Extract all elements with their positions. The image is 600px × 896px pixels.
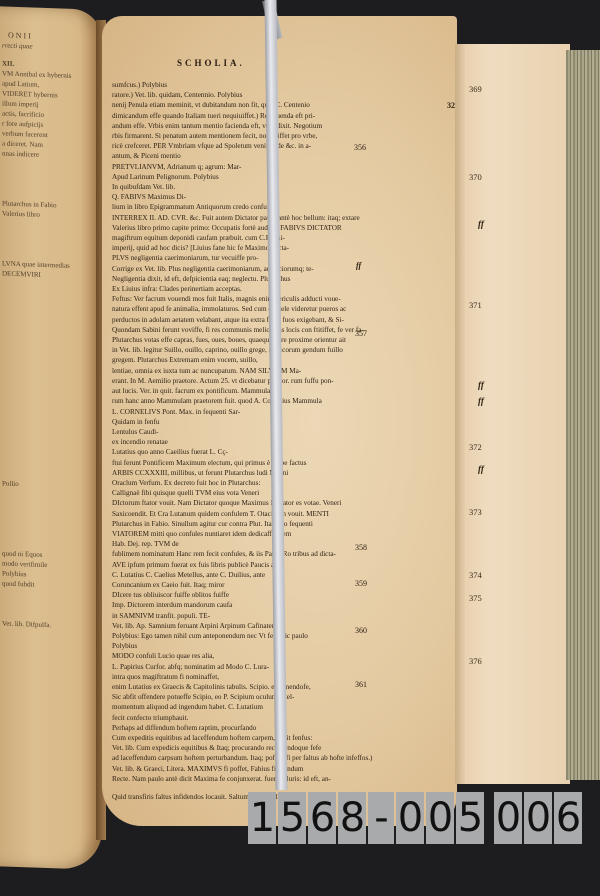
label-char: 0 <box>494 792 522 844</box>
text-line: ftui ferunt Pontificem Maximum electum, … <box>112 458 422 468</box>
text-line: C. Lutatius C. Caelius Metellus, ante C.… <box>112 570 422 580</box>
left-line: Valerius libro <box>2 208 98 221</box>
label-char: 8 <box>338 792 366 844</box>
text-line: DIctorum ftator vouit. Nam Dictator quoq… <box>112 498 422 508</box>
right-page: 369 370 371 372 373 374 375 376 ff ff ff… <box>455 44 570 784</box>
right-margin-number: 371 <box>469 300 482 310</box>
left-line: nnas indicere <box>2 148 98 161</box>
page-number: 32 <box>447 101 455 110</box>
margin-number: 361 <box>355 680 367 689</box>
text-line: Feftus: Ver facrum vouendi mos fuit Ital… <box>112 294 422 304</box>
right-margin-number: 374 <box>469 570 482 580</box>
label-char: - <box>368 792 394 844</box>
right-margin-number: 373 <box>469 507 482 517</box>
text-line: PLVS negligentia caerimoniarum, tur vecu… <box>112 253 422 263</box>
text-line: Polybius <box>112 641 422 651</box>
text-line: AVE ipfum primum fuerat ex fuis libris p… <box>112 560 422 570</box>
text-line: VIATOREM mitti quo confules nuntiaret id… <box>112 529 422 539</box>
text-line: fublimem nominatum Hanc rem fecit conful… <box>112 549 422 559</box>
right-margin-number: 370 <box>469 172 482 182</box>
text-line: Quidam in fenfu <box>112 417 422 427</box>
text-line: intra quos magiftratum fi nominaffet, <box>112 672 422 682</box>
text-line: ARBIS CCXXXIII, millibus, ut ferunt Plut… <box>112 468 422 478</box>
text-line: erant. In M. Aemilio praetore. Actum 25.… <box>112 376 422 386</box>
right-margin-number: 376 <box>469 656 482 666</box>
text-line: Recte. Nam paulo antè dicit Maxima fe co… <box>112 774 422 784</box>
archive-stencil-label: 1 5 6 8 - 0 0 5 0 0 6 <box>248 792 582 844</box>
text-line: Cum expeditis equitibus ad laceffendum h… <box>112 733 422 743</box>
text-line: in SAMNIVM tranfit. populi. TE- <box>112 611 422 621</box>
right-margin-number: 372 <box>469 442 482 452</box>
text-line: Quondam Sabini ferunt voviffe, fi res co… <box>112 325 422 335</box>
text-line: Callignaè fibi quisque quelli TVM eius v… <box>112 488 422 498</box>
right-margin-mark: ff <box>478 219 484 229</box>
label-char: 6 <box>308 792 336 844</box>
right-margin-number: 375 <box>469 593 482 603</box>
text-line: fecit confecto triumphauit. <box>112 713 422 723</box>
text-line: Corrige ex Vet. lib. Plus negligentia ca… <box>112 264 422 274</box>
label-char: 0 <box>524 792 552 844</box>
text-line: Plutarchus in Fabio. Sinullum agitur cur… <box>112 519 422 529</box>
text-line: ad laceffendum carpsum hoftem perturband… <box>112 753 422 763</box>
label-char: 0 <box>396 792 424 844</box>
text-line: lentiae, omnia ex iuxta tum ac nuncupatu… <box>112 366 422 376</box>
margin-number: 358 <box>355 543 367 552</box>
margin-number: 359 <box>355 579 367 588</box>
label-char: 6 <box>554 792 582 844</box>
text-line: Sic abfit offendere potueffe Scipio, eo … <box>112 692 422 702</box>
running-head: SCHOLIA. <box>177 58 245 68</box>
text-line: Vet. lib. & Graeci, Litera. MAXIMVS fi p… <box>112 764 422 774</box>
label-char: 0 <box>426 792 454 844</box>
left-line: quod fubdit <box>2 578 98 591</box>
text-line: Hab. Dej. rep. TVM de <box>112 539 422 549</box>
photo-background: ONII rrecti quae XII. VM Annibal ex hybe… <box>0 0 600 896</box>
text-line: Perhaps ad diffendum hoftem raptim, proc… <box>112 723 422 733</box>
left-line: Vet. lib. Difpulfa. <box>2 618 98 631</box>
left-page-text: ONII rrecti quae XII. VM Annibal ex hybe… <box>2 30 98 631</box>
text-line: aut lucis. Ver. in quit. facrum ex ponti… <box>112 386 422 396</box>
right-margin-mark: ff <box>478 396 484 406</box>
label-char: 5 <box>278 792 306 844</box>
book-fore-edge <box>566 50 600 780</box>
text-line: in Vet. lib. legitur Suillo, ouillo, cap… <box>112 345 422 355</box>
text-line: rum hanc anno Mammulam praetorem fuit. q… <box>112 396 422 406</box>
label-char: 5 <box>456 792 484 844</box>
text-line: Lentulus Caudi- <box>112 427 422 437</box>
text-line: DIcere tus obliuiscor fuiffe oblitos fui… <box>112 590 422 600</box>
right-margin-mark: ff <box>478 380 484 390</box>
text-line: Vet. lib. Ap. Samnium feruant Arpini Arp… <box>112 621 422 631</box>
left-line: Pollio <box>2 478 98 491</box>
margin-number: 360 <box>355 626 367 635</box>
text-line: Vet. lib. Cum expedicis equitibus & Itaq… <box>112 743 422 753</box>
text-line: perductos in adolam aetatem velabant, at… <box>112 315 422 325</box>
text-line: Plutarchus votas effe capras, fues, oues… <box>112 335 422 345</box>
margin-number: 356 <box>354 143 366 152</box>
text-line: natura effent apud fe animalia, immolatu… <box>112 304 422 314</box>
text-line: Coruncanium ex Caeio fuit. Itaq; miror <box>112 580 422 590</box>
left-line: DECEMVIRI <box>2 268 98 281</box>
text-line: L. Papirius Curfor. abfq; nominatim ad M… <box>112 662 422 672</box>
margin-mark: ff <box>356 261 361 270</box>
text-line: Oraclum Verfum. Ex decreto fuit hoc in P… <box>112 478 422 488</box>
text-line: Negligentia dixit, id eft, defpicientia … <box>112 274 422 284</box>
left-subhead: rrecti quae <box>2 40 98 53</box>
text-line: ex incendio renatae <box>112 437 422 447</box>
text-line: gregem. Plutarchus Extremam enim vocem, … <box>112 355 422 365</box>
text-line: momentum aliquod ad ingendum habet. C. L… <box>112 702 422 712</box>
text-line: Polybius: Ego tamen nihil cum anteponend… <box>112 631 422 641</box>
label-char: 1 <box>248 792 276 844</box>
text-line: Imp. Dictorem interdum mandorum caufa <box>112 600 422 610</box>
text-line: L. CORNELIVS Pont. Max. in fequenti Sar- <box>112 407 422 417</box>
text-line: Ex Liuius infra: Clades perinertiam acce… <box>112 284 422 294</box>
text-line: Saxicoendit. Et Cra Lutanum quidem confu… <box>112 509 422 519</box>
text-line: MODO confuli Lucio quae res alia, <box>112 651 422 661</box>
text-line: Lutatius quo anno Caeilius fuerat L. Cç- <box>112 447 422 457</box>
text-line: enim Lutatius ex Graecis & Capitolinis t… <box>112 682 422 692</box>
margin-number: 357 <box>355 329 367 338</box>
right-margin-number: 369 <box>469 84 482 94</box>
right-page-edge-text <box>455 44 465 784</box>
right-margin-mark: ff <box>478 464 484 474</box>
left-page: ONII rrecti quae XII. VM Annibal ex hybe… <box>0 6 102 870</box>
